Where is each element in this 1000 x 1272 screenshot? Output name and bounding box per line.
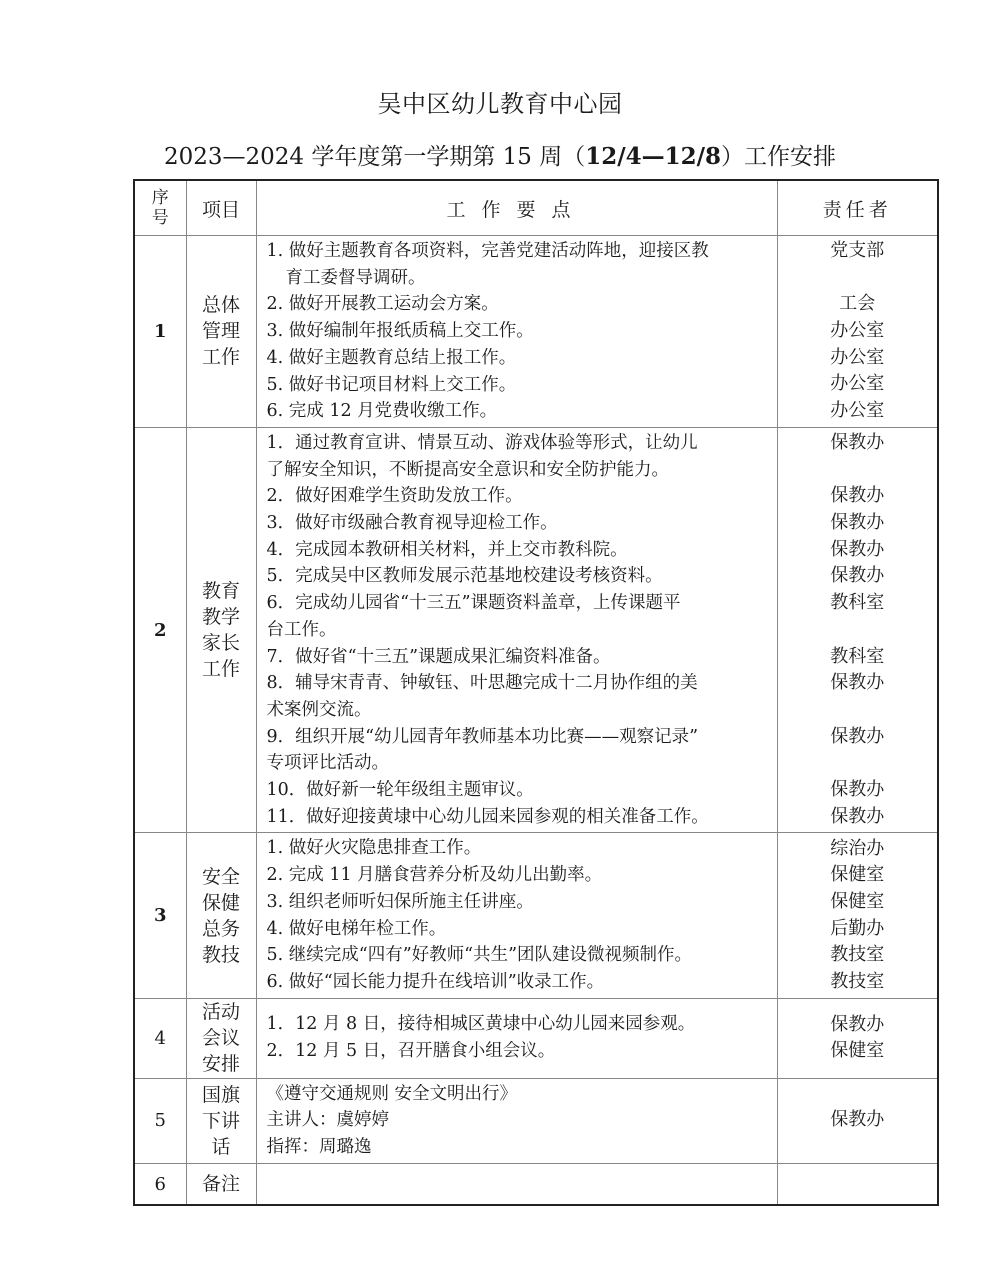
row-work-points: 1. 做好主题教育各项资料，完善党建活动阵地，迎接区教育工委督导调研。2. 做好… [256,236,777,428]
owner-line: 教科室 [788,590,928,617]
owner-line [788,265,928,292]
row-work-points: 1. 做好火灾隐患排查工作。2. 完成 11 月膳食营养分析及幼儿出勤率。3. … [256,833,777,998]
row-item: 总体管理工作 [186,236,256,428]
row-owners: 保教办保教办保教办保教办保教办教科室教科室保教办保教办保教办保教办 [777,427,938,833]
owner-line: 工会 [788,291,928,318]
owner-line: 教技室 [788,969,928,996]
work-line: 2. 完成 11 月膳食营养分析及幼儿出勤率。 [267,862,767,889]
work-line: 9．组织开展“幼儿园青年教师基本功比赛——观察记录” [267,724,767,751]
subtitle-suffix: ）工作安排 [721,144,836,170]
owner-line: 保教办 [788,1012,928,1039]
header-work: 工作要点 [256,180,777,236]
row-number: 5 [134,1078,186,1163]
owner-line [788,697,928,724]
work-line: 专项评比活动。 [267,750,767,777]
work-line: 8．辅导宋青青、钟敏钰、叶思趣完成十二月协作组的美 [267,670,767,697]
row-item: 备注 [186,1163,256,1205]
work-line: 《遵守交通规则 安全文明出行》 [267,1081,767,1108]
item-label: 总体管理工作 [200,292,242,370]
document-title: 吴中区幼儿教育中心园 [0,84,1000,119]
owner-line: 保教办 [788,670,928,697]
table-row: 2教育教学家长工作1．通过教育宣讲、情景互动、游戏体验等形式，让幼儿了解安全知识… [134,427,938,833]
row-item: 国旗下讲话 [186,1078,256,1163]
work-line: 4. 做好电梯年检工作。 [267,916,767,943]
owner-line: 办公室 [788,398,928,425]
owner-line: 党支部 [788,238,928,265]
header-no: 序 号 [134,180,186,236]
work-line: 3．做好市级融合教育视导迎检工作。 [267,510,767,537]
table-header-row: 序 号 项目 工作要点 责任者 [134,180,938,236]
work-line: 2. 做好开展教工运动会方案。 [267,291,767,318]
owner-line: 教科室 [788,644,928,671]
work-line: 1. 做好火灾隐患排查工作。 [267,835,767,862]
work-line: 1．12 月 8 日，接待相城区黄埭中心幼儿园来园参观。 [267,1011,767,1038]
work-line: 6. 完成 12 月党费收缴工作。 [267,398,767,425]
owner-line: 保教办 [788,430,928,457]
row-owners: 保教办保健室 [777,998,938,1078]
row-item: 安全保健总务教技 [186,833,256,998]
item-label: 安全保健总务教技 [200,864,242,968]
owner-line: 后勤办 [788,916,928,943]
work-line: 3. 组织老师听妇保所施主任讲座。 [267,889,767,916]
row-number: 1 [134,236,186,428]
row-number: 6 [134,1163,186,1205]
owner-line [788,457,928,484]
document-subtitle: 2023—2024 学年度第一学期第 15 周（12/4—12/8）工作安排 [0,138,1000,171]
row-item: 活动会议安排 [186,998,256,1078]
work-line: 指挥：周璐逸 [267,1134,767,1161]
work-line: 5. 继续完成“四有”好教师“共生”团队建设微视频制作。 [267,942,767,969]
work-line: 3. 做好编制年报纸质稿上交工作。 [267,318,767,345]
table-row: 4活动会议安排1．12 月 8 日，接待相城区黄埭中心幼儿园来园参观。2．12 … [134,998,938,1078]
row-number: 3 [134,833,186,998]
owner-line: 保教办 [788,563,928,590]
owner-line: 办公室 [788,345,928,372]
work-line: 术案例交流。 [267,697,767,724]
work-line: 4. 做好主题教育总结上报工作。 [267,345,767,372]
work-line: 7．做好省“十三五”课题成果汇编资料准备。 [267,644,767,671]
owner-line: 综治办 [788,836,928,863]
owner-line: 保健室 [788,889,928,916]
work-line: 10．做好新一轮年级组主题审议。 [267,777,767,804]
work-line: 4．完成园本教研相关材料，并上交市教科院。 [267,537,767,564]
row-work-points: 《遵守交通规则 安全文明出行》主讲人：虞婷婷指挥：周璐逸 [256,1078,777,1163]
row-owners: 综治办保健室保健室后勤办教技室教技室 [777,833,938,998]
item-label: 教育教学家长工作 [200,578,242,682]
owner-line: 保教办 [788,1107,928,1134]
schedule-table: 序 号 项目 工作要点 责任者 1总体管理工作1. 做好主题教育各项资料，完善党… [133,179,939,1206]
item-label: 国旗下讲话 [200,1082,242,1160]
owner-line: 办公室 [788,318,928,345]
row-item: 教育教学家长工作 [186,427,256,833]
owner-line: 保教办 [788,724,928,751]
row-number: 2 [134,427,186,833]
owner-line: 保教办 [788,510,928,537]
work-line: 6. 做好“园长能力提升在线培训”收录工作。 [267,969,767,996]
owner-line: 保健室 [788,1038,928,1065]
work-line: 台工作。 [267,617,767,644]
table-row: 6备注 [134,1163,938,1205]
table-row: 5国旗下讲话《遵守交通规则 安全文明出行》主讲人：虞婷婷指挥：周璐逸保教办 [134,1078,938,1163]
owner-line: 保教办 [788,537,928,564]
row-owners: 保教办 [777,1078,938,1163]
item-label: 活动会议安排 [200,999,242,1077]
work-line: 了解安全知识，不断提高安全意识和安全防护能力。 [267,457,767,484]
row-number: 4 [134,998,186,1078]
owner-line: 办公室 [788,371,928,398]
row-work-points: 1．通过教育宣讲、情景互动、游戏体验等形式，让幼儿了解安全知识，不断提高安全意识… [256,427,777,833]
work-line: 主讲人：虞婷婷 [267,1107,767,1134]
owner-line: 保教办 [788,483,928,510]
subtitle-prefix: 2023—2024 学年度第一学期第 15 周（ [164,144,585,170]
table-row: 3安全保健总务教技1. 做好火灾隐患排查工作。2. 完成 11 月膳食营养分析及… [134,833,938,998]
owner-line: 保教办 [788,804,928,831]
work-line: 11．做好迎接黄埭中心幼儿园来园参观的相关准备工作。 [267,804,767,831]
work-line: 6．完成幼儿园省“十三五”课题资料盖章，上传课题平 [267,590,767,617]
work-line: 5. 做好书记项目材料上交工作。 [267,372,767,399]
work-line: 5．完成吴中区教师发展示范基地校建设考核资料。 [267,563,767,590]
row-work-points [256,1163,777,1205]
row-work-points: 1．12 月 8 日，接待相城区黄埭中心幼儿园来园参观。2．12 月 5 日，召… [256,998,777,1078]
header-item: 项目 [186,180,256,236]
owner-line [788,750,928,777]
work-line: 育工委督导调研。 [267,265,767,292]
row-owners [777,1163,938,1205]
owner-line: 教技室 [788,942,928,969]
subtitle-dates: 12/4—12/8 [585,143,721,170]
item-label: 备注 [200,1171,242,1197]
header-owner: 责任者 [777,180,938,236]
table-row: 1总体管理工作1. 做好主题教育各项资料，完善党建活动阵地，迎接区教育工委督导调… [134,236,938,428]
owner-line: 保教办 [788,777,928,804]
work-line: 2．12 月 5 日，召开膳食小组会议。 [267,1038,767,1065]
owner-line: 保健室 [788,862,928,889]
work-line: 1. 做好主题教育各项资料，完善党建活动阵地，迎接区教 [267,238,767,265]
owner-line [788,617,928,644]
work-line: 1．通过教育宣讲、情景互动、游戏体验等形式，让幼儿 [267,430,767,457]
row-owners: 党支部工会办公室办公室办公室办公室 [777,236,938,428]
work-line: 2．做好困难学生资助发放工作。 [267,483,767,510]
